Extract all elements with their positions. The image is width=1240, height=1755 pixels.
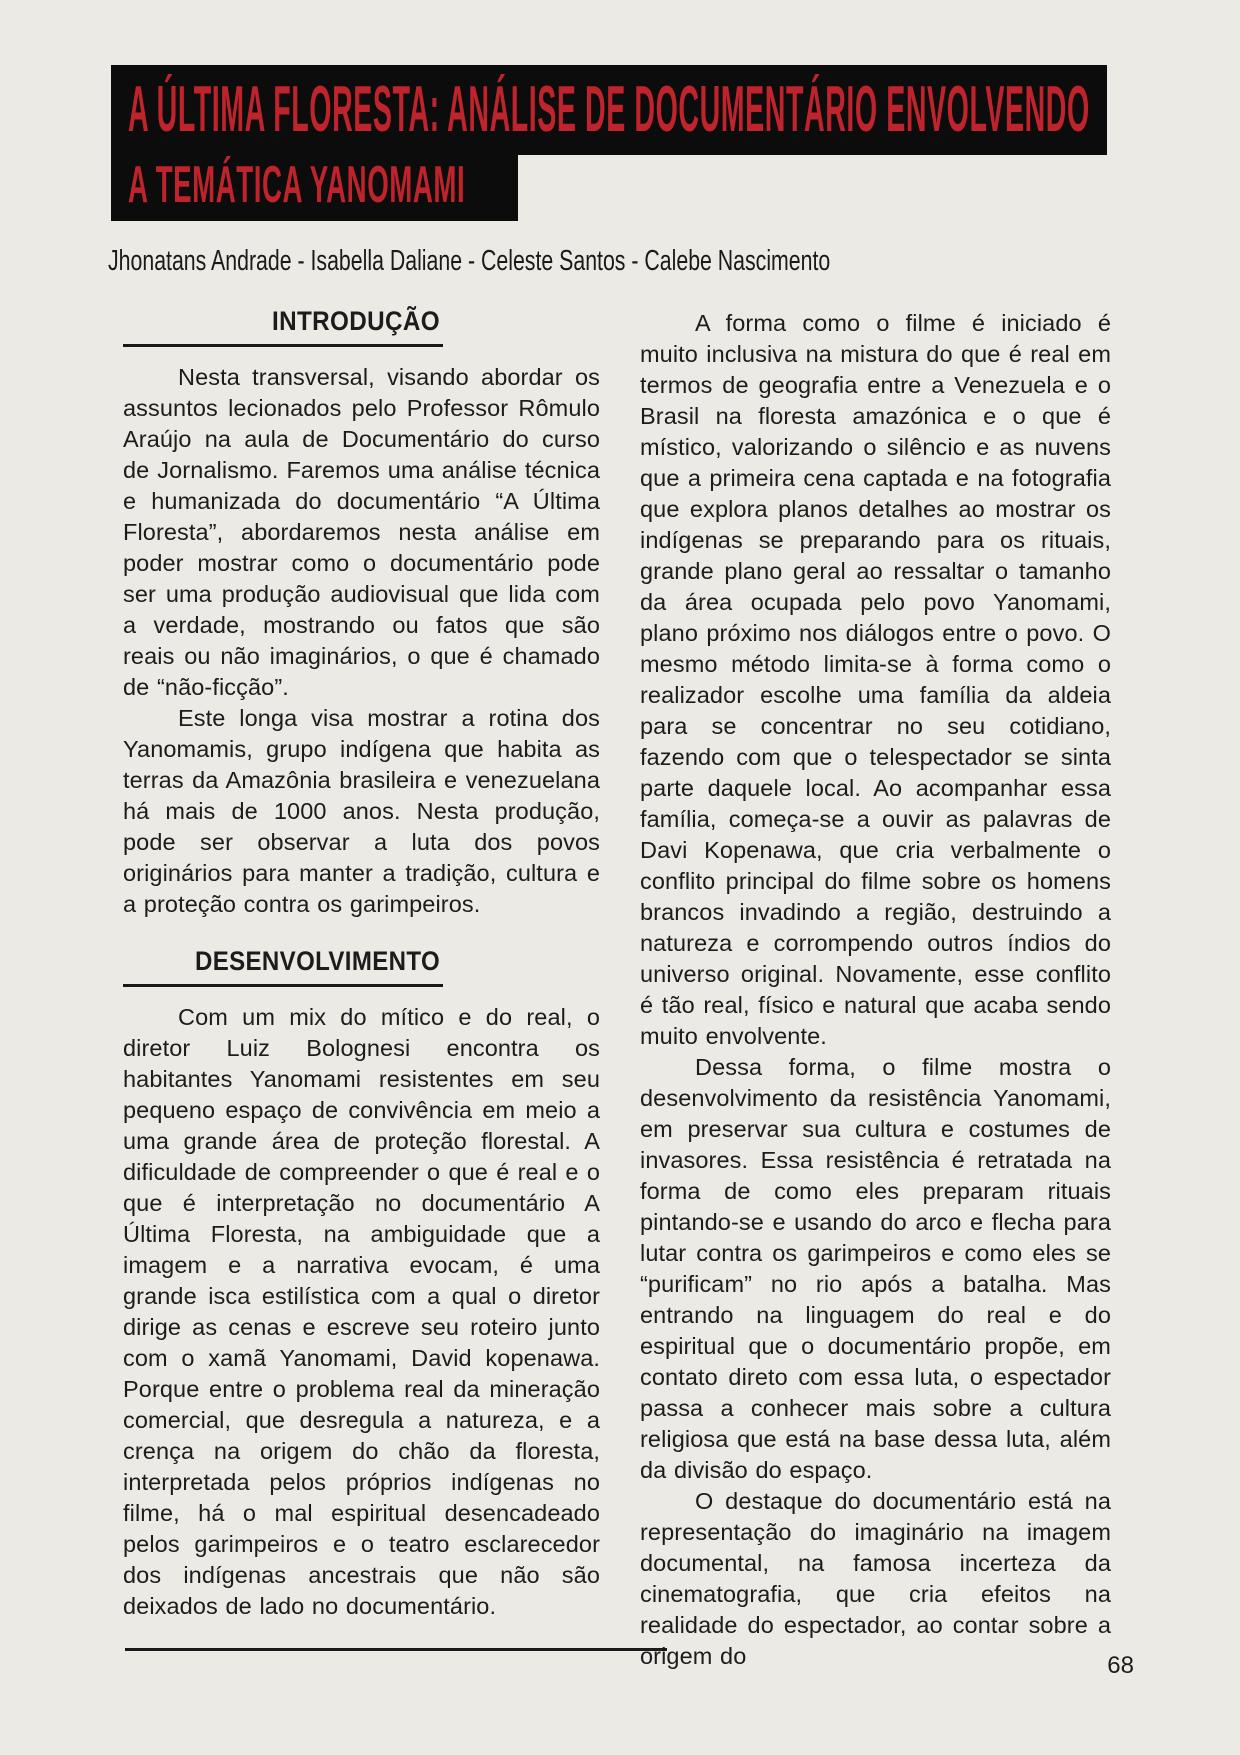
paragraph: Este longa visa mostrar a rotina dos Yan…: [123, 703, 600, 920]
paragraph: Dessa forma, o filme mostra o desenvolvi…: [640, 1052, 1111, 1486]
page-title-line2: A TEMÁTICA YANOMAMI: [128, 159, 465, 211]
section-heading-introducao: INTRODUÇÃO: [123, 308, 443, 347]
paragraph: Nesta transversal, visando abordar os as…: [123, 362, 600, 703]
authors-line: Jhonatans Andrade - Isabella Daliane - C…: [108, 246, 1091, 278]
section-heading-desenvolvimento: DESENVOLVIMENTO: [123, 948, 443, 987]
paragraph: O destaque do documentário está na repre…: [640, 1486, 1111, 1672]
title-banner-line2: A TEMÁTICA YANOMAMI: [111, 155, 518, 221]
document-page: A ÚLTIMA FLORESTA: ANÁLISE DE DOCUMENTÁR…: [0, 0, 1240, 1755]
footer-divider: [125, 1648, 667, 1651]
right-column: A forma como o filme é iniciado é muito …: [640, 308, 1111, 1672]
paragraph: A forma como o filme é iniciado é muito …: [640, 308, 1111, 1052]
authors-text: Jhonatans Andrade - Isabella Daliane - C…: [108, 246, 830, 278]
page-title-line1: A ÚLTIMA FLORESTA: ANÁLISE DE DOCUMENTÁR…: [128, 78, 1090, 142]
page-number: 68: [1090, 1652, 1134, 1680]
title-banner-line1: A ÚLTIMA FLORESTA: ANÁLISE DE DOCUMENTÁR…: [111, 65, 1107, 155]
paragraph: Com um mix do mítico e do real, o direto…: [123, 1002, 600, 1622]
article-body: INTRODUÇÃO Nesta transversal, visando ab…: [123, 308, 1111, 1672]
title-banner: A ÚLTIMA FLORESTA: ANÁLISE DE DOCUMENTÁR…: [111, 65, 1107, 221]
section-heading-introducao-text: INTRODUÇÃO: [272, 308, 440, 335]
left-column: INTRODUÇÃO Nesta transversal, visando ab…: [123, 308, 600, 1672]
section-heading-desenvolvimento-text: DESENVOLVIMENTO: [195, 948, 440, 975]
